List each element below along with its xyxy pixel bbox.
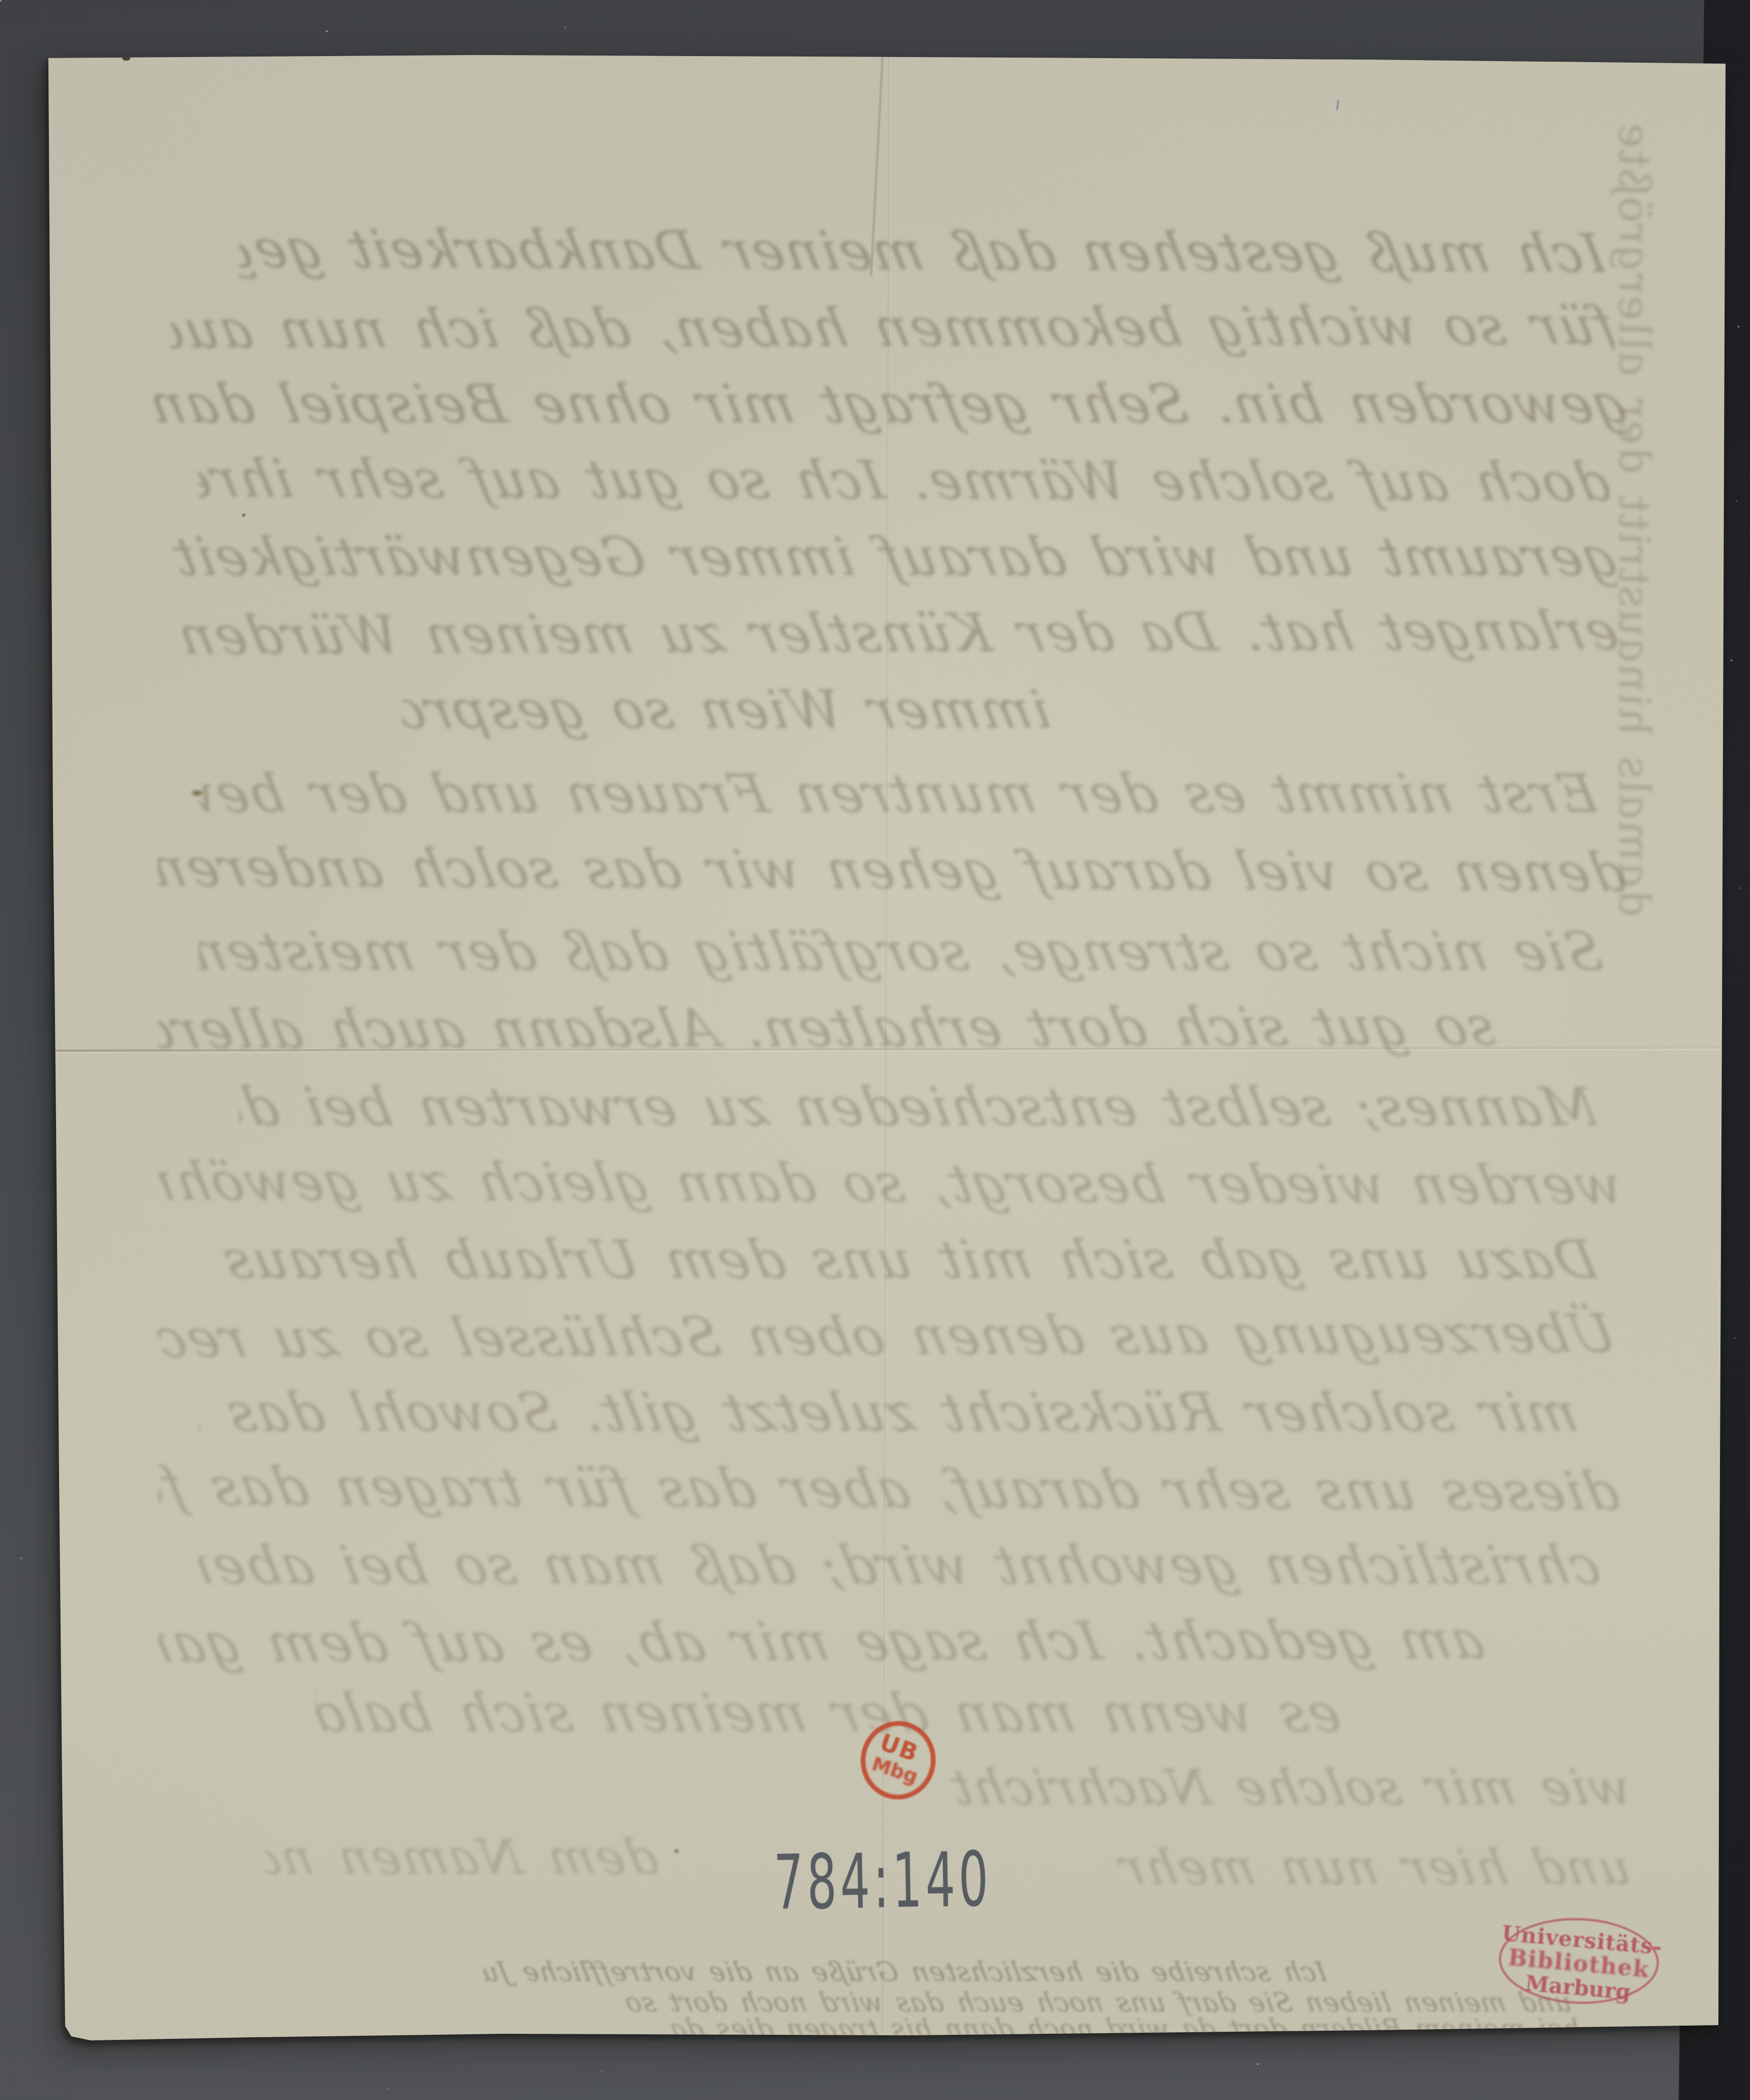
- paper-fleck: [673, 1848, 680, 1854]
- ghost-handwriting-line: dieses uns sehr darauf, aber das für tra…: [159, 1452, 1619, 1536]
- dust-specks: [0, 0, 2, 2]
- ghost-handwriting-line: christlichen gewohnt wird; daß man so be…: [199, 1531, 1599, 1610]
- ghost-handwriting-line: so gut sich dort erhalten. Alsdann auch …: [158, 992, 1495, 1075]
- ghost-handwriting-line: dem Namen nach: [265, 1826, 657, 1899]
- ghost-handwriting-line: Überzeugung aus denen oben Schlüssel so …: [158, 1299, 1615, 1383]
- ghost-handwriting-line: es wenn man der meinen sich bald nun Mar…: [316, 1678, 1339, 1758]
- ghost-handwriting-line: geraumt und wird darauf immer Gegenwärti…: [163, 522, 1617, 602]
- ghost-handwriting-line: wie mir solche Nachricht da: [942, 1756, 1630, 1829]
- ghost-handwriting-line: denen so viel darauf gehen wir das solch…: [158, 833, 1625, 917]
- letter-sheet: Ich muß gestehen daß meiner Dankbarkeit …: [45, 51, 1728, 2050]
- ghost-handwriting-line: immer Wien so gesprochen worden.: [402, 675, 1049, 754]
- ghost-handwriting-line: und hier nun mehr das: [1095, 1836, 1630, 1909]
- ghost-handwriting-line: geworden bin. Sehr gefragt mir ohne Beis…: [153, 369, 1627, 449]
- ghost-handwriting-line: Sie nicht so strenge, sorgfältig daß der…: [199, 917, 1602, 996]
- dark-speck: [242, 513, 245, 517]
- paper-surface: Ich muß gestehen daß meiner Dankbarkeit …: [45, 51, 1728, 2050]
- edge-nick: [122, 56, 130, 61]
- ghost-handwriting-line: doch auf solche Wärme. Ich so gut auf se…: [199, 444, 1609, 527]
- ghost-handwriting-line: Dazu uns gab sich mit uns dem Urlaub her…: [199, 1225, 1597, 1304]
- ghost-margin-line: damals hinaustritt der allergrößten Antw…: [1599, 122, 1659, 917]
- ghost-handwriting-line: mir solcher Rücksicht zuletzt gilt. Sowo…: [199, 1378, 1576, 1457]
- ghost-handwriting-line: Erst nimmt es der muntren Frauen und der…: [199, 759, 1597, 838]
- scanned-letter-verso: Ich muß gestehen daß meiner Dankbarkeit …: [0, 0, 1750, 2100]
- ghost-handwriting-line: Mannes; selbst entschieden zu erwarten b…: [239, 1072, 1597, 1152]
- ghost-handwriting-line: bei meinem Bildern dort da wird noch dan…: [433, 2012, 1581, 2050]
- shelfmark-number: 784:140: [773, 1836, 1008, 1927]
- ghost-handwriting-line: werden wieder besorgt, so dann gleich zu…: [159, 1147, 1621, 1230]
- ghost-handwriting-line: für so wichtig bekommen haben, daß ich n…: [171, 291, 1615, 374]
- ink-stain: [189, 788, 205, 798]
- ghost-handwriting-line: am gedacht. Ich sage mir ab, es auf dem …: [159, 1605, 1483, 1688]
- ghost-handwriting-line: erlanget hat. Da der Künstler zu meinen …: [168, 596, 1618, 680]
- ghost-handwriting-line: Ich muß gestehen daß meiner Dankbarkeit …: [239, 214, 1605, 298]
